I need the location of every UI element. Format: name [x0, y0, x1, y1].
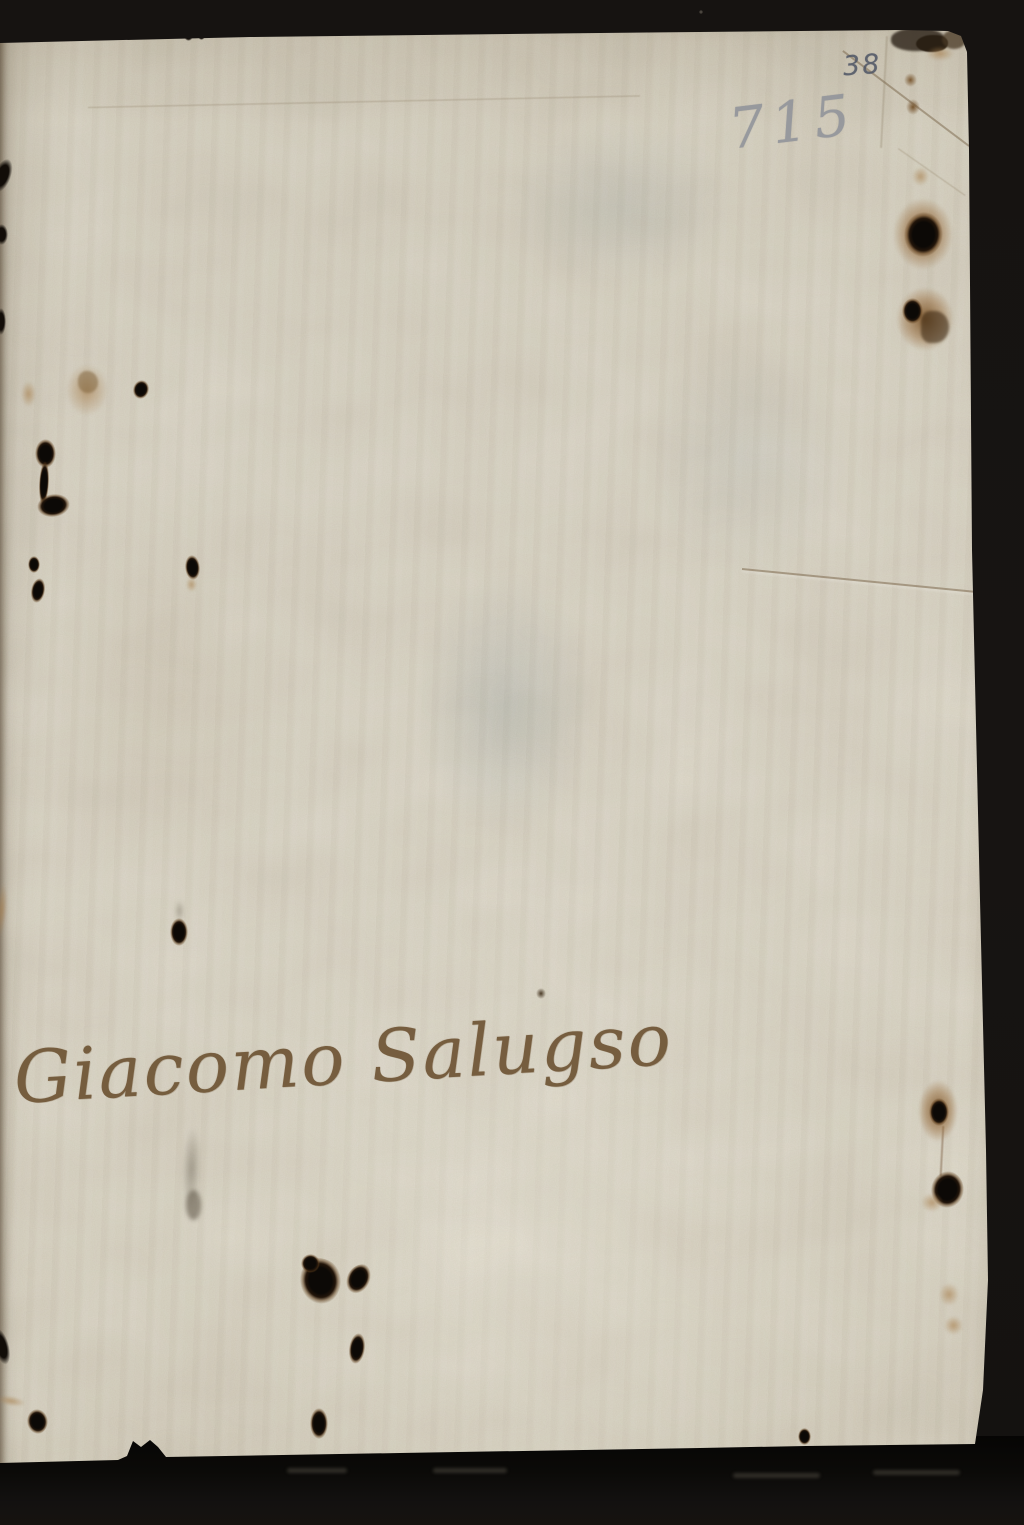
backdrop-smudge [873, 1470, 960, 1475]
scratch-line [88, 95, 640, 108]
backdrop-smudge [287, 1468, 347, 1473]
gutter-stain [0, 883, 9, 938]
wormhole [310, 1408, 328, 1439]
backdrop-smudge [433, 1468, 507, 1473]
stain-spot [912, 167, 929, 186]
burn-stain [921, 1193, 943, 1212]
scratch-line [898, 148, 966, 196]
gutter-tear [0, 1327, 14, 1367]
folio-number: 38 [842, 49, 882, 83]
stain-spot [944, 1316, 963, 1335]
parchment-mottle-texture [0, 0, 1024, 1525]
stain-spot [904, 73, 917, 87]
edge-nick [184, 31, 193, 41]
fold-crease [742, 568, 981, 593]
burn-hole [301, 1254, 320, 1273]
stain-spot [21, 381, 36, 407]
wormhole [347, 1332, 367, 1365]
gutter-stain [0, 1393, 27, 1408]
burn-stain [921, 311, 949, 343]
backdrop-smudge [733, 1473, 820, 1478]
owner-inscription: Giacomo Salugso [12, 997, 676, 1120]
burn-hole [902, 298, 923, 324]
corner-stain [926, 46, 954, 61]
burn-hole [342, 1260, 376, 1298]
penciled-shelf-number: 715 [726, 82, 861, 162]
wormhole [29, 577, 47, 604]
stain-spot [939, 1283, 959, 1306]
stain-spot [186, 577, 197, 592]
parchment-page: 38 715 Giacomo Salugso [0, 0, 1024, 1525]
gutter-tear [0, 308, 6, 335]
smudge [186, 1190, 201, 1220]
ink-blot [170, 918, 188, 946]
edge-nick [198, 32, 205, 40]
photo-backdrop: 38 715 Giacomo Salugso [0, 0, 1024, 1525]
stain-spot [906, 99, 920, 115]
scratch-line [880, 36, 887, 148]
wormhole [798, 1428, 811, 1445]
stain-patch [78, 371, 98, 393]
gutter-tear [0, 224, 8, 245]
wormhole [131, 378, 151, 400]
burn-hole [929, 1098, 949, 1126]
gutter-tear [0, 156, 16, 195]
wormhole [28, 556, 40, 573]
wormhole [25, 1407, 50, 1435]
ink-speck [536, 988, 546, 999]
wormhole [36, 492, 72, 519]
parchment-grain-texture [0, 0, 1024, 1525]
